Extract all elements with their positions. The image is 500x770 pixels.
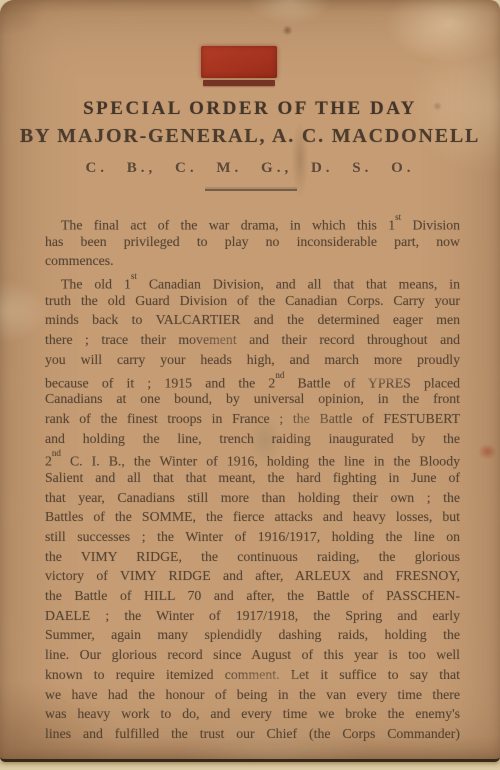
seal-remnant-strip bbox=[203, 80, 275, 86]
line-text: Division bbox=[401, 218, 460, 233]
line-text: Canadian Division, and all that that mea… bbox=[137, 277, 460, 292]
line-text: Battle of YPRES placed bbox=[284, 375, 460, 390]
body-line: there ; trace their movement and their r… bbox=[45, 330, 460, 350]
scan-background bbox=[0, 762, 500, 770]
body-line: DAELE ; the Winter of 1917/1918, the Spr… bbox=[45, 606, 460, 626]
body-line: because of it ; 1915 and the 2nd Battle … bbox=[45, 370, 460, 390]
body-line: truth the old Guard Division of the Cana… bbox=[45, 291, 460, 311]
document-byline: BY MAJOR-GENERAL, A. C. MACDONELL bbox=[0, 125, 500, 148]
body-line: victory of VIMY RIDGE and after, ARLEUX … bbox=[45, 566, 460, 586]
body-line: and holding the line, trench raiding ina… bbox=[45, 429, 460, 449]
body-line: rank of the finest troops in France ; th… bbox=[45, 409, 460, 429]
document-body: The final act of the war drama, in which… bbox=[45, 212, 460, 744]
body-line: known to require itemized comment. Let i… bbox=[45, 665, 460, 685]
body-line: commences. bbox=[45, 251, 460, 271]
body-line: Battles of the SOMME, the fierce attacks… bbox=[45, 507, 460, 527]
body-line: Canadians at one bound, by universal opi… bbox=[45, 389, 460, 409]
body-line: you will carry your heads high, and marc… bbox=[45, 350, 460, 370]
scanned-document: SPECIAL ORDER OF THE DAY BY MAJOR-GENERA… bbox=[0, 0, 500, 770]
honours-line: C. B., C. M. G., D. S. O. bbox=[0, 160, 500, 177]
body-line: still successes ; the Winter of 1916/191… bbox=[45, 527, 460, 547]
body-line: was heavy work to do, and every time we … bbox=[45, 704, 460, 724]
red-wax-seal bbox=[201, 46, 277, 78]
superscript: nd bbox=[275, 370, 284, 380]
body-line: the Battle of HILL 70 and after, the Bat… bbox=[45, 586, 460, 606]
body-line: the VIMY RIDGE, the continuous raiding, … bbox=[45, 547, 460, 567]
line-text: The old 1 bbox=[61, 277, 131, 292]
document-card: SPECIAL ORDER OF THE DAY BY MAJOR-GENERA… bbox=[0, 0, 500, 762]
body-line: lines and fulfilled the trust our Chief … bbox=[45, 724, 460, 744]
body-line: 2nd C. I. B., the Winter of 1916, holdin… bbox=[45, 448, 460, 468]
document-title: SPECIAL ORDER OF THE DAY bbox=[0, 98, 500, 120]
body-line: Summer, again many splendidly dashing ra… bbox=[45, 625, 460, 645]
superscript: st bbox=[395, 212, 401, 222]
body-line: has been privileged to play no inconside… bbox=[45, 232, 460, 252]
body-line: The final act of the war drama, in which… bbox=[45, 212, 460, 232]
body-line: Salient and all that that meant, the har… bbox=[45, 468, 460, 488]
body-line: line. Our glorious record since August o… bbox=[45, 645, 460, 665]
body-line: that year, Canadians still more than hol… bbox=[45, 488, 460, 508]
line-text: C. I. B., the Winter of 1916, holding th… bbox=[61, 454, 460, 469]
line-text: 2 bbox=[45, 454, 52, 469]
line-text: The final act of the war drama, in which… bbox=[61, 218, 395, 233]
body-line: The old 1st Canadian Division, and all t… bbox=[45, 271, 460, 291]
superscript: nd bbox=[52, 448, 61, 458]
line-text: because of it ; 1915 and the 2 bbox=[45, 375, 275, 390]
body-line: we have had the honour of being in the v… bbox=[45, 685, 460, 705]
title-divider bbox=[205, 189, 297, 191]
body-line: minds back to VALCARTIER and the determi… bbox=[45, 310, 460, 330]
superscript: st bbox=[131, 271, 137, 281]
